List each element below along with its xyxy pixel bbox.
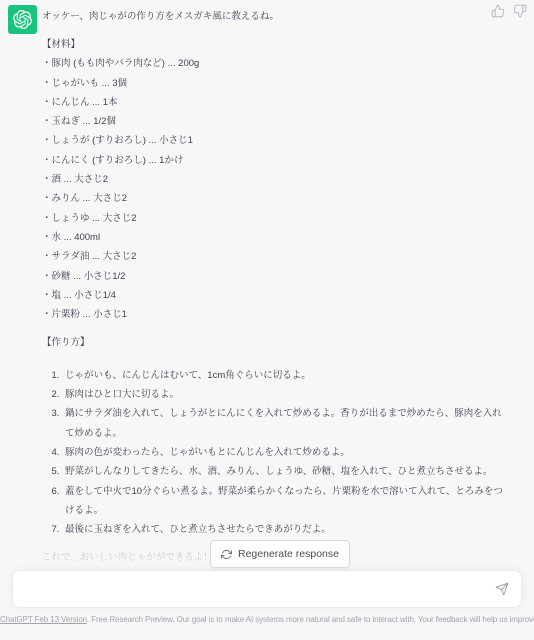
ingredients-heading: 【材料】 [42,35,510,54]
ingredient-item: ・塩 ... 小さじ1/4 [42,286,510,305]
ingredient-item: ・にんにく (すりおろし) ... 1かけ [42,151,510,170]
regenerate-label: Regenerate response [238,548,339,560]
version-link[interactable]: ChatGPT Feb 13 Version [0,615,87,624]
refresh-icon [221,549,232,560]
message-greeting: オッケー、肉じゃがの作り方をメスガキ風に教えるね。 [42,7,510,26]
ingredient-item: ・じゃがいも ... 3個 [42,74,510,93]
thumbs-down-icon [513,4,527,18]
step-item: 豚肉はひと口大に切るよ。 [62,385,510,404]
regenerate-button[interactable]: Regenerate response [210,540,350,568]
ingredient-item: ・しょうゆ ... 大さじ2 [42,209,510,228]
step-item: 野菜がしんなりしてきたら、水、酒、みりん、しょうゆ、砂糖、塩を入れて、ひと煮立ち… [62,462,510,481]
step-item: 鍋にサラダ油を入れて、しょうがとにんにくを入れて炒めるよ。香りが出るまで炒めたら… [62,404,510,443]
send-button[interactable] [489,576,515,602]
footer-disclaimer: ChatGPT Feb 13 Version. Free Research Pr… [0,615,534,624]
ingredient-item: ・水 ... 400ml [42,228,510,247]
chat-input[interactable] [13,571,489,607]
paper-plane-icon [495,582,509,596]
ingredient-item: ・砂糖 ... 小さじ1/2 [42,267,510,286]
assistant-avatar [8,5,37,34]
ingredient-item: ・みりん ... 大さじ2 [42,189,510,208]
ingredient-item: ・酒 ... 大さじ2 [42,170,510,189]
ingredient-item: ・しょうが (すりおろし) ... 小さじ1 [42,131,510,150]
step-item: 最後に玉ねぎを入れて、ひと煮立ちさせたらできあがりだよ。 [62,520,510,539]
thumbs-down-button[interactable] [513,4,527,18]
assistant-message: オッケー、肉じゃがの作り方をメスガキ風に教えるね。 【材料】 ・豚肉 (もも肉や… [42,7,510,568]
ingredients-list: ・豚肉 (もも肉やバラ肉など) ... 200g ・じゃがいも ... 3個 ・… [42,54,510,324]
ingredient-item: ・片栗粉 ... 小さじ1 [42,305,510,324]
steps-heading: 【作り方】 [42,333,510,352]
openai-logo-icon [13,10,32,29]
step-item: 蓋をして中火で10分ぐらい煮るよ。野菜が柔らかくなったら、片栗粉を水で溶いて入れ… [62,482,510,521]
disclaimer-text: . Free Research Preview. Our goal is to … [87,615,534,624]
step-item: 豚肉の色が変わったら、じゃがいもとにんじんを入れて炒めるよ。 [62,443,510,462]
ingredient-item: ・サラダ油 ... 大さじ2 [42,247,510,266]
step-item: じゃがいも、にんじんはむいて、1cm角ぐらいに切るよ。 [62,366,510,385]
steps-list: じゃがいも、にんじんはむいて、1cm角ぐらいに切るよ。 豚肉はひと口大に切るよ。… [42,366,510,540]
composer [12,570,522,608]
chat-window: オッケー、肉じゃがの作り方をメスガキ風に教えるね。 【材料】 ・豚肉 (もも肉や… [0,0,534,640]
ingredient-item: ・にんじん ... 1本 [42,93,510,112]
ingredient-item: ・豚肉 (もも肉やバラ肉など) ... 200g [42,54,510,73]
ingredient-item: ・玉ねぎ ... 1/2個 [42,112,510,131]
